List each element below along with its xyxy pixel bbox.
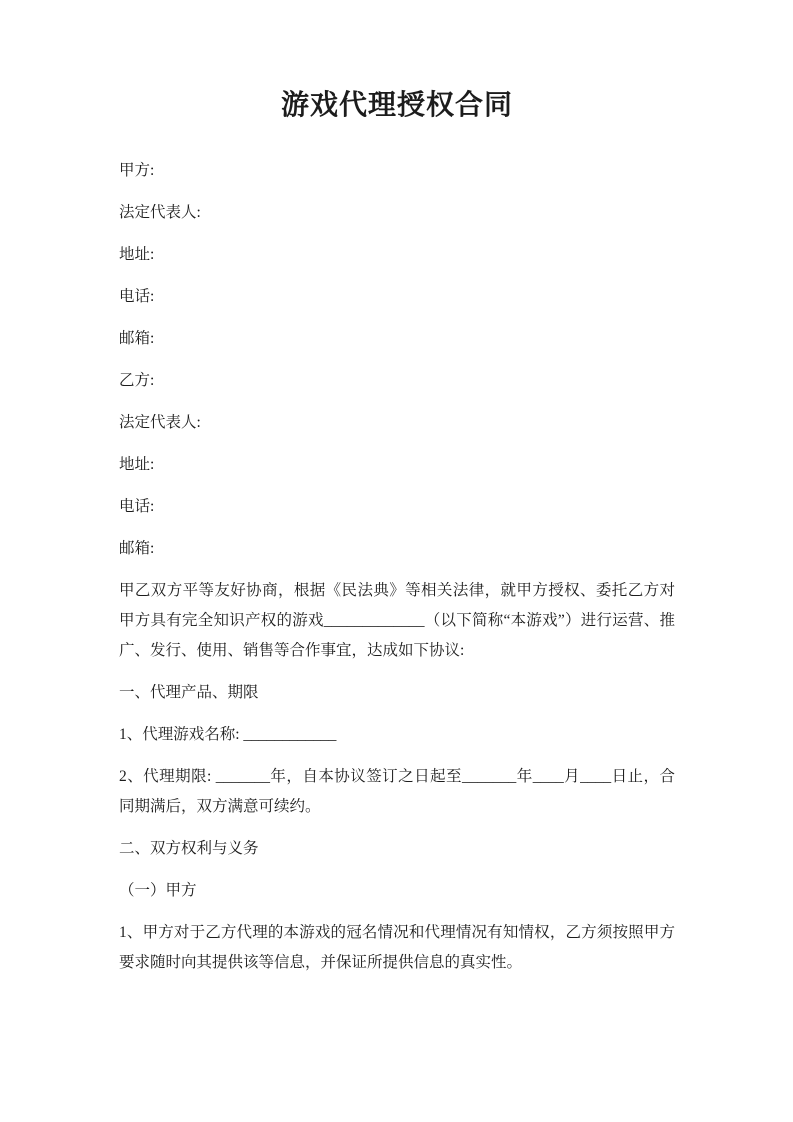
section-2-item-1: 1、甲方对于乙方代理的本游戏的冠名情况和代理情况有知情权，乙方须按照甲方要求随时… bbox=[119, 918, 675, 978]
party-b-phone-label: 电话: bbox=[119, 492, 675, 522]
party-a-legal-representative-label: 法定代表人: bbox=[119, 198, 675, 228]
party-b-address-label: 地址: bbox=[119, 450, 675, 480]
section-1-heading: 一、代理产品、期限 bbox=[119, 678, 675, 708]
section-2-subheading-party-a: （一）甲方 bbox=[119, 876, 675, 906]
party-b-email-label: 邮箱: bbox=[119, 534, 675, 564]
party-a-address-label: 地址: bbox=[119, 240, 675, 270]
section-1-item-2: 2、代理期限: _______年，自本协议签订之日起至_______年____月… bbox=[119, 762, 675, 822]
section-1-item-1: 1、代理游戏名称: ____________ bbox=[119, 720, 675, 750]
party-a-phone-label: 电话: bbox=[119, 282, 675, 312]
document-title: 游戏代理授权合同 bbox=[119, 86, 675, 126]
contract-preamble: 甲乙双方平等友好协商，根据《民法典》等相关法律，就甲方授权、委托乙方对甲方具有完… bbox=[119, 576, 675, 666]
party-a-email-label: 邮箱: bbox=[119, 324, 675, 354]
section-2-heading: 二、双方权利与义务 bbox=[119, 834, 675, 864]
party-a-name-label: 甲方: bbox=[119, 156, 675, 186]
party-b-legal-representative-label: 法定代表人: bbox=[119, 408, 675, 438]
contract-page: 游戏代理授权合同 甲方: 法定代表人: 地址: 电话: 邮箱: 乙方: 法定代表… bbox=[0, 0, 793, 1122]
party-b-name-label: 乙方: bbox=[119, 366, 675, 396]
